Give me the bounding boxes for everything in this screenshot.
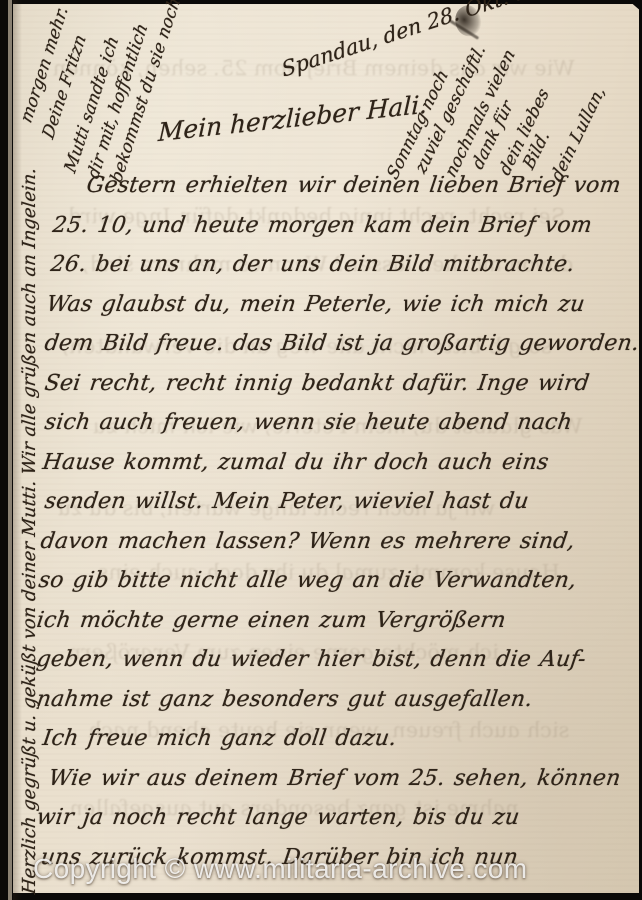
letter-line: nahme ist ganz besonders gut ausgefallen… (34, 680, 640, 720)
letter-line: 25. 10, und heute morgen kam dein Brief … (34, 206, 640, 246)
letter-line: senden willst. Mein Peter, wieviel hast … (34, 482, 640, 522)
letter-line: Hause kommt, zumal du ihr doch auch eins (34, 443, 640, 483)
letter-line: so gib bitte nicht alle weg an die Verwa… (34, 561, 640, 601)
letter-line: sich auch freuen, wenn sie heute abend n… (34, 403, 640, 443)
copyright-watermark: Copyright © www.militaria-archive.com (33, 853, 527, 885)
letter-body: Gestern erhielten wir deinen lieben Brie… (34, 166, 634, 877)
letter-line: davon machen lassen? Wenn es mehrere sin… (34, 522, 640, 562)
letter-line: Ich freue mich ganz doll dazu. (34, 719, 640, 759)
letter-line: Was glaubst du, mein Peterle, wie ich mi… (34, 285, 640, 325)
letter-scan: Wie wir aus deinem Brief vom 25. sehen, … (0, 0, 642, 900)
letter-line: wir ja noch recht lange warten, bis du z… (34, 798, 640, 838)
letter-line: Sei recht, recht innig bedankt dafür. In… (34, 364, 640, 404)
letter-line: dem Bild freue. das Bild ist ja großarti… (34, 324, 640, 364)
letter-line: Gestern erhielten wir deinen lieben Brie… (34, 166, 640, 206)
letter-line: 26. bei uns an, der uns dein Bild mitbra… (34, 245, 640, 285)
scan-corner (628, 0, 642, 12)
letter-line: Wie wir aus deinem Brief vom 25. sehen, … (34, 759, 640, 799)
scan-edge-sliver (8, 0, 12, 900)
letter-line: geben, wenn du wieder hier bist, denn di… (34, 640, 640, 680)
letter-line: ich möchte gerne einen zum Vergrößern (34, 601, 640, 641)
